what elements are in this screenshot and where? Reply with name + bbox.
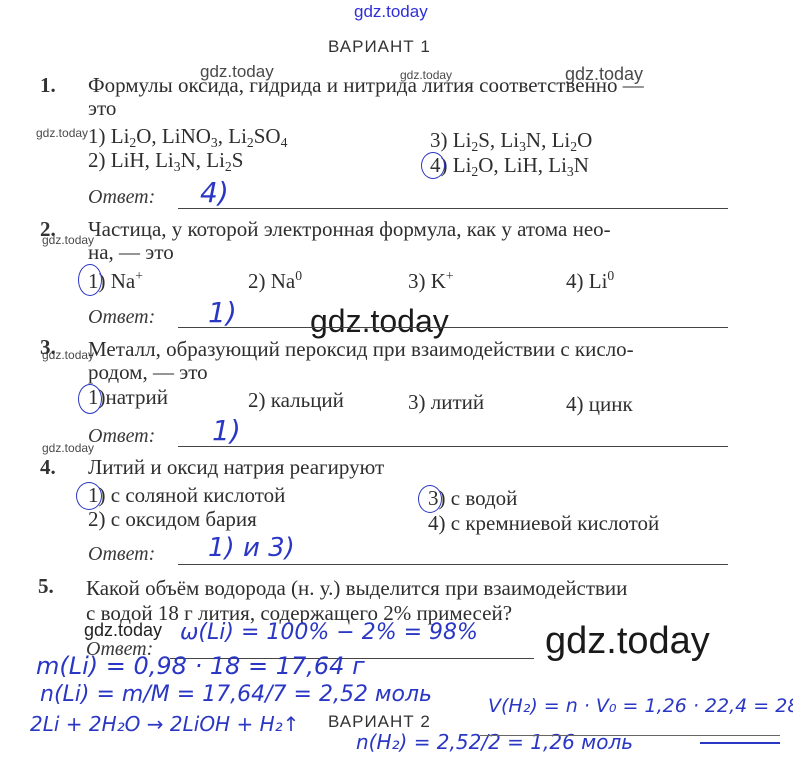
watermark: gdz.today [42, 441, 94, 455]
selected-circle [76, 482, 102, 510]
handwritten-answer: 1) и 3) [208, 533, 295, 563]
solution-line: 2Li + 2H₂O → 2LiOH + H₂↑ [30, 712, 299, 736]
question-text: Литий и оксид натрия реагируют [88, 455, 384, 480]
solution-line: n(H₂) = 2,52/2 = 1,26 моль [356, 730, 633, 754]
option-2[interactable]: 2) с оксидом бария [88, 507, 257, 532]
option-1[interactable]: 1) с соляной кислотой [88, 483, 285, 508]
answer-underline [700, 742, 780, 744]
selected-circle [78, 384, 102, 414]
answer-label: Ответ: [88, 543, 155, 566]
next-variant-title: ВАРИАНТ 2 [328, 712, 431, 732]
option-2[interactable]: 2) кальций [248, 388, 344, 413]
watermark-large: gdz.today [545, 620, 710, 663]
solution-line: V(H₂) = n · V₀ = 1,26 · 22,4 = 28,2 л. [488, 695, 793, 717]
question-number: 4. [40, 455, 56, 480]
question-text: на, — это [88, 240, 174, 265]
solution-line: m(Li) = 0,98 · 18 = 17,64 г [36, 652, 365, 680]
answer-label: Ответ: [88, 306, 155, 329]
solution-line: ω(Li) = 100% − 2% = 98% [180, 620, 478, 645]
question-text: это [88, 96, 116, 121]
option-3[interactable]: 3) K+ [408, 268, 454, 294]
question-text: родом, — это [88, 360, 208, 385]
question-number: 2. [40, 217, 56, 242]
option-2[interactable]: 2) LiH, Li3N, Li2S [88, 148, 243, 175]
question-number: 5. [38, 574, 54, 599]
question-number: 1. [40, 73, 56, 98]
handwritten-answer: 1) [208, 296, 237, 329]
option-4[interactable]: 4) с кремниевой кислотой [428, 511, 659, 536]
answer-label: Ответ: [88, 425, 155, 448]
answer-line [178, 208, 728, 209]
option-3[interactable]: 3) литий [408, 390, 484, 415]
selected-circle [78, 264, 102, 296]
selected-circle [418, 485, 442, 513]
answer-line [480, 735, 780, 736]
watermark-large: gdz.today [310, 303, 449, 340]
option-3[interactable]: 3) Li2S, Li3N, Li2O [430, 128, 592, 155]
option-2[interactable]: 2) Na0 [248, 268, 302, 294]
question-text: Формулы оксида, гидрида и нитрида лития … [88, 73, 644, 98]
handwritten-answer: 4) [200, 176, 229, 209]
handwritten-answer: 1) [212, 414, 241, 447]
watermark-top: gdz.today [354, 2, 428, 22]
answer-line [178, 564, 728, 565]
question-text: Частица, у которой электронная формула, … [88, 217, 611, 242]
answer-line [178, 446, 728, 447]
option-4[interactable]: 4) цинк [566, 392, 633, 417]
selected-circle [421, 152, 445, 179]
variant-title: ВАРИАНТ 1 [328, 37, 431, 57]
question-text: Какой объём водорода (н. у.) выделится п… [86, 576, 627, 601]
option-4[interactable]: 4) Li2O, LiH, Li3N [430, 153, 589, 180]
question-text: Металл, образующий пероксид при взаимоде… [88, 337, 634, 362]
question-number: 3. [40, 335, 56, 360]
watermark: gdz.today [36, 126, 88, 140]
solution-line: n(Li) = m/M = 17,64/7 = 2,52 моль [40, 682, 432, 707]
answer-label: Ответ: [88, 186, 155, 209]
option-4[interactable]: 4) Li0 [566, 268, 614, 294]
answer-line [178, 327, 728, 328]
